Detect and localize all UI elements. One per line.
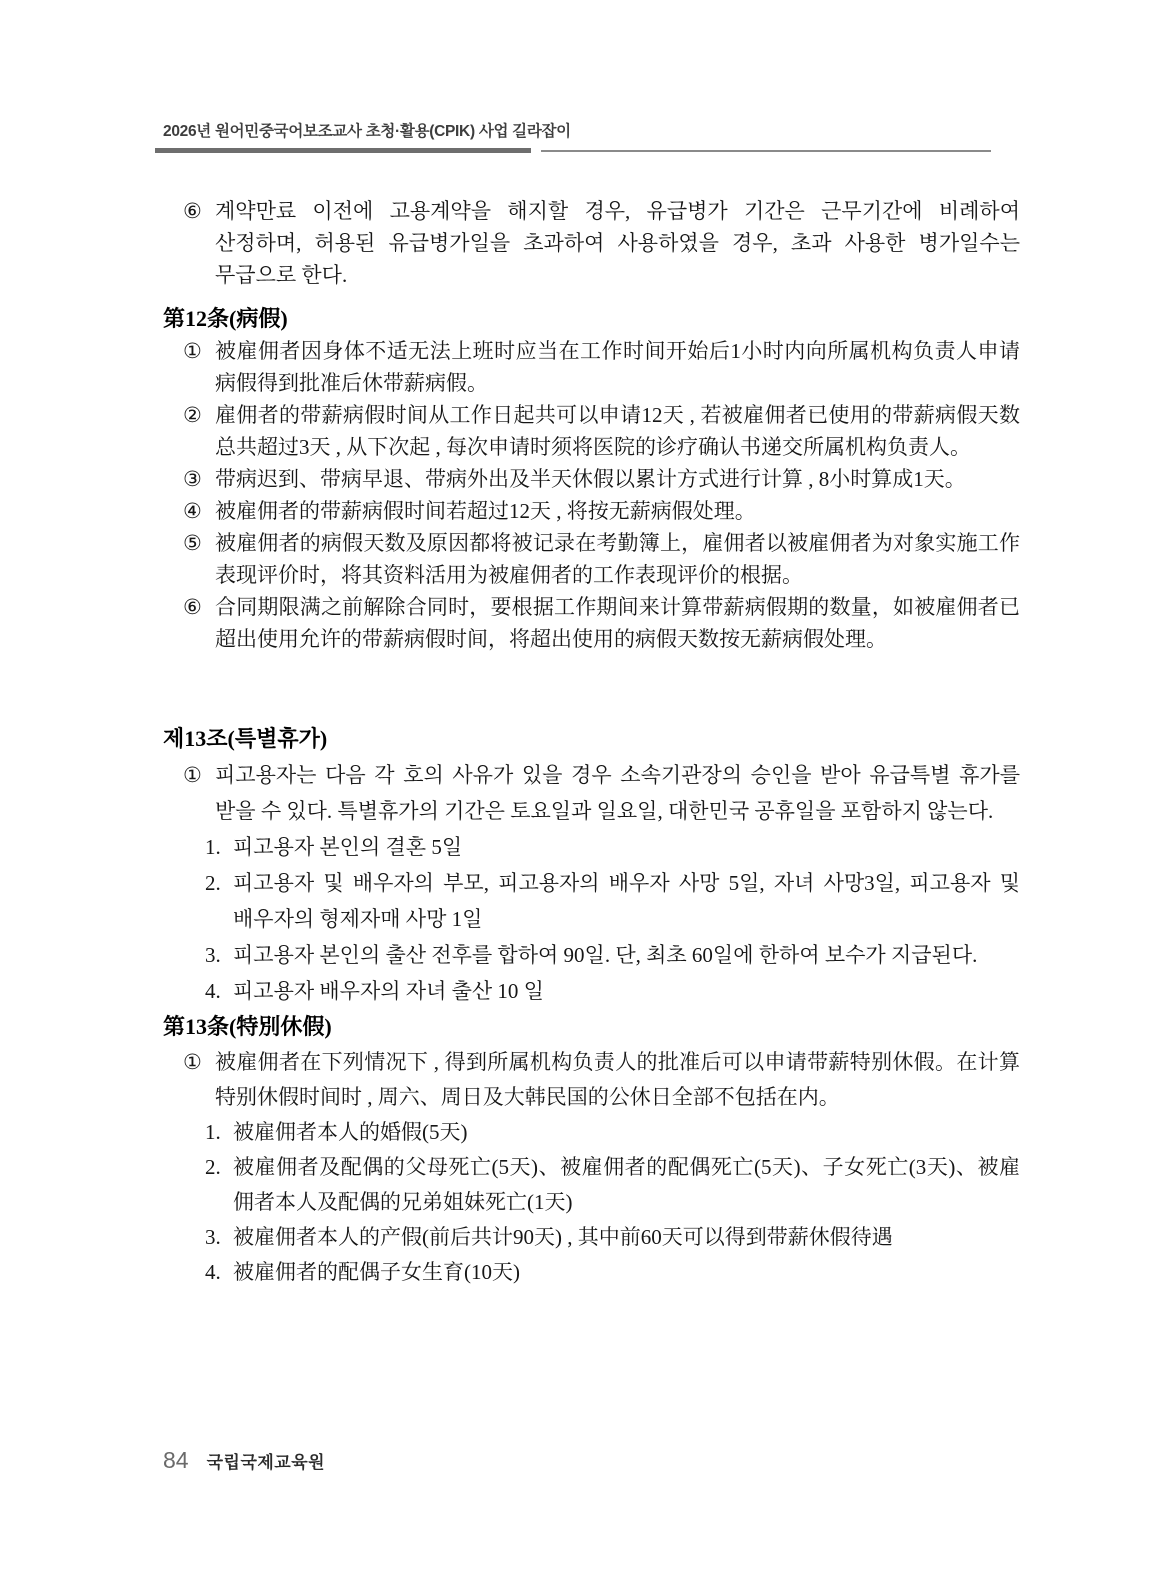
sub-list-item: 4. 피고용자 배우자의 자녀 출산 10 일: [205, 973, 1020, 1009]
item-text: 피고용자 본인의 결혼 5일: [233, 829, 1020, 865]
sub-list-item: 2. 被雇佣者及配偶的父母死亡(5天)、被雇佣者的配偶死亡(5天)、子女死亡(3…: [205, 1150, 1020, 1220]
item-text: 피고용자 본인의 출산 전후를 합하여 90일. 단, 최초 60일에 한하여 …: [233, 937, 1020, 973]
item-text: 合同期限满之前解除合同时，要根据工作期间来计算带薪病假期的数量，如被雇佣者已超出…: [215, 591, 1020, 655]
document-page: 2026년 원어민중국어보조교사 초청·활용(CPIK) 사업 길라잡이 ⑥ 계…: [0, 0, 1159, 1571]
list-item: ① 被雇佣者在下列情况下 , 得到所属机构负责人的批准后可以申请带薪特别休假。在…: [183, 1045, 1020, 1115]
header-rule-thick: [155, 148, 531, 153]
section-heading-article13-kr: 제13조(특별휴가): [163, 721, 1020, 757]
list-item: ① 피고용자는 다음 각 호의 사유가 있을 경우 소속기관장의 승인을 받아 …: [183, 757, 1020, 829]
item-marker: ①: [183, 757, 215, 829]
page-footer: 84 국립국제교육원: [163, 1447, 325, 1474]
list-item: ⑥ 계약만료 이전에 고용계약을 해지할 경우, 유급병가 기간은 근무기간에 …: [183, 195, 1020, 291]
sub-list-item: 3. 被雇佣者本人的产假(前后共计90天) , 其中前60天可以得到带薪休假待遇: [205, 1220, 1020, 1255]
item-marker: ④: [183, 495, 215, 527]
item-marker: ⑥: [183, 195, 215, 291]
item-marker: 1.: [205, 829, 233, 865]
item-marker: ③: [183, 463, 215, 495]
sub-list-item: 1. 被雇佣者本人的婚假(5天): [205, 1115, 1020, 1150]
section-heading-article12-cn: 第12条(病假): [163, 303, 1020, 335]
item-text: 被雇佣者及配偶的父母死亡(5天)、被雇佣者的配偶死亡(5天)、子女死亡(3天)、…: [233, 1150, 1020, 1220]
item-marker: 4.: [205, 973, 233, 1009]
item-text: 被雇佣者的带薪病假时间若超过12天 , 将按无薪病假处理。: [215, 495, 1020, 527]
list-item: ⑤ 被雇佣者的病假天数及原因都将被记录在考勤簿上，雇佣者以被雇佣者为对象实施工作…: [183, 527, 1020, 591]
sub-list-item: 3. 피고용자 본인의 출산 전후를 합하여 90일. 단, 최초 60일에 한…: [205, 937, 1020, 973]
page-number: 84: [163, 1447, 189, 1474]
item-marker: ⑤: [183, 527, 215, 591]
footer-org-name: 국립국제교육원: [207, 1448, 325, 1473]
item-text: 雇佣者的带薪病假时间从工作日起共可以申请12天 , 若被雇佣者已使用的带薪病假天…: [215, 399, 1020, 463]
item-text: 带病迟到、带病早退、带病外出及半天休假以累计方式进行计算 , 8小时算成1天。: [215, 463, 1020, 495]
document-body: ⑥ 계약만료 이전에 고용계약을 해지할 경우, 유급병가 기간은 근무기간에 …: [163, 195, 1020, 1290]
item-marker: ⑥: [183, 591, 215, 655]
item-marker: 2.: [205, 1150, 233, 1220]
list-item: ① 被雇佣者因身体不适无法上班时应当在工作时间开始后1小时内向所属机构负责人申请…: [183, 335, 1020, 399]
sub-list-item: 2. 피고용자 및 배우자의 부모, 피고용자의 배우자 사망 5일, 자녀 사…: [205, 865, 1020, 937]
item-marker: ①: [183, 1045, 215, 1115]
running-header-title: 2026년 원어민중국어보조교사 초청·활용(CPIK) 사업 길라잡이: [163, 119, 571, 141]
item-text: 被雇佣者的配偶子女生育(10天): [233, 1255, 1020, 1290]
item-text: 被雇佣者因身体不适无法上班时应当在工作时间开始后1小时内向所属机构负责人申请病假…: [215, 335, 1020, 399]
item-marker: 1.: [205, 1115, 233, 1150]
item-marker: 3.: [205, 937, 233, 973]
item-marker: ①: [183, 335, 215, 399]
sub-list-item: 4. 被雇佣者的配偶子女生育(10天): [205, 1255, 1020, 1290]
sub-list-item: 1. 피고용자 본인의 결혼 5일: [205, 829, 1020, 865]
item-text: 被雇佣者本人的产假(前后共计90天) , 其中前60天可以得到带薪休假待遇: [233, 1220, 1020, 1255]
section-heading-article13-cn: 第13条(特別休假): [163, 1009, 1020, 1045]
list-item: ③ 带病迟到、带病早退、带病外出及半天休假以累计方式进行计算 , 8小时算成1天…: [183, 463, 1020, 495]
item-text: 계약만료 이전에 고용계약을 해지할 경우, 유급병가 기간은 근무기간에 비례…: [215, 195, 1020, 291]
item-text: 피고용자 및 배우자의 부모, 피고용자의 배우자 사망 5일, 자녀 사망3일…: [233, 865, 1020, 937]
item-text: 피고용자는 다음 각 호의 사유가 있을 경우 소속기관장의 승인을 받아 유급…: [215, 757, 1020, 829]
item-marker: ②: [183, 399, 215, 463]
list-item: ② 雇佣者的带薪病假时间从工作日起共可以申请12天 , 若被雇佣者已使用的带薪病…: [183, 399, 1020, 463]
item-text: 被雇佣者在下列情况下 , 得到所属机构负责人的批准后可以申请带薪特别休假。在计算…: [215, 1045, 1020, 1115]
header-rule-thin: [541, 150, 991, 152]
item-text: 피고용자 배우자의 자녀 출산 10 일: [233, 973, 1020, 1009]
item-marker: 2.: [205, 865, 233, 937]
item-marker: 4.: [205, 1255, 233, 1290]
list-item: ⑥ 合同期限满之前解除合同时，要根据工作期间来计算带薪病假期的数量，如被雇佣者已…: [183, 591, 1020, 655]
list-item: ④ 被雇佣者的带薪病假时间若超过12天 , 将按无薪病假处理。: [183, 495, 1020, 527]
item-text: 被雇佣者本人的婚假(5天): [233, 1115, 1020, 1150]
item-text: 被雇佣者的病假天数及原因都将被记录在考勤簿上，雇佣者以被雇佣者为对象实施工作表现…: [215, 527, 1020, 591]
item-marker: 3.: [205, 1220, 233, 1255]
